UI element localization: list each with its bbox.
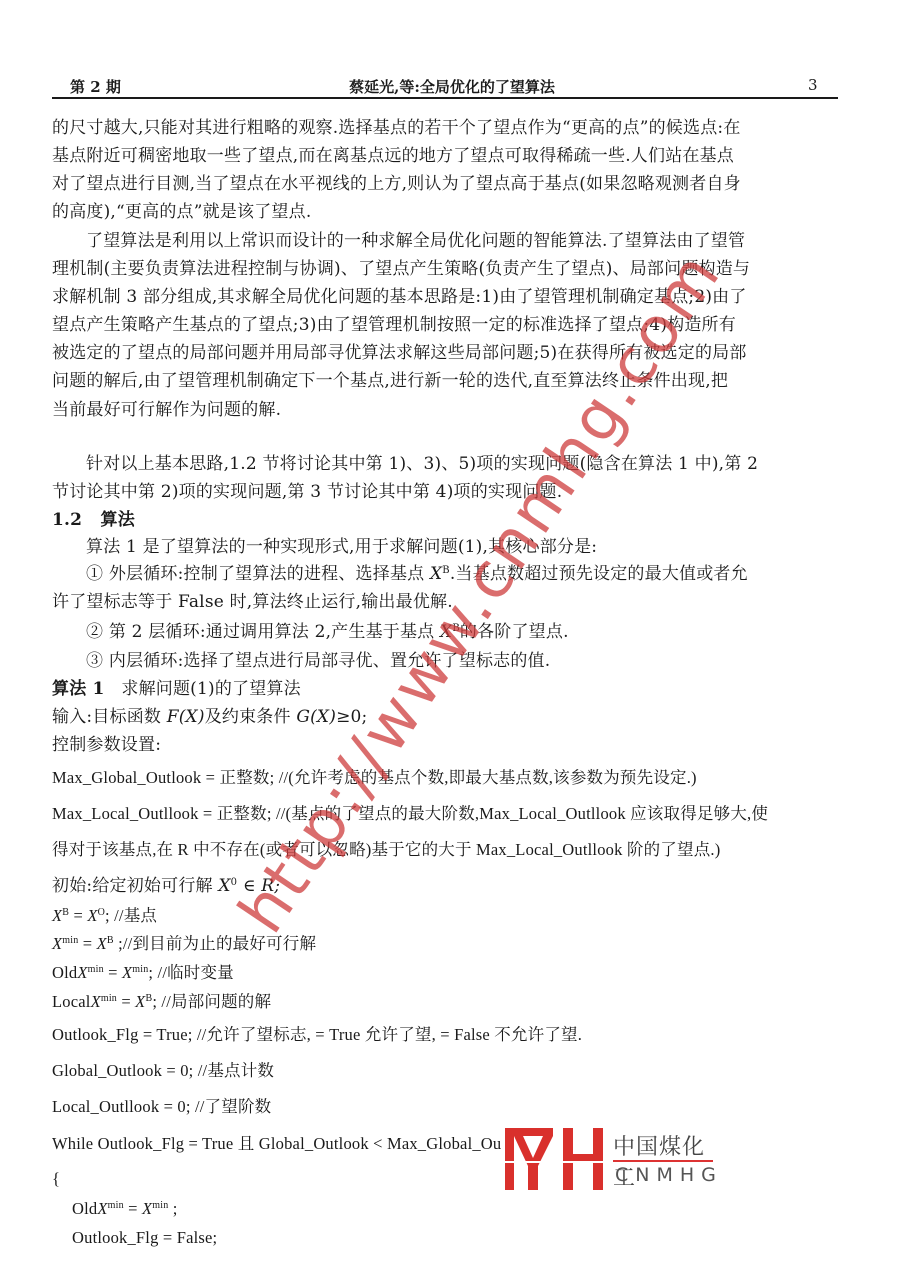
algorithm-input: 输入:目标函数 F(X)及约束条件 G(X)≥0; [52,706,367,728]
logo-mark-icon [505,1128,605,1190]
body-line: 理机制(主要负责算法进程控制与协调)、了望点产生策略(负责产生了望点)、局部问题… [52,258,750,280]
body-line: 当前最好可行解作为问题的解. [52,399,281,421]
code-line-local: Local_Outllook = 0; //了望阶数 [52,1096,271,1118]
body-line: 了望算法是利用以上常识而设计的一种求解全局优化问题的智能算法.了望算法由了望管 [86,230,745,252]
cnmhg-logo: 中国煤化工 CNMHG [505,1128,715,1190]
code-inner-old-xmin: OldXmin = Xmin ; [72,1198,178,1220]
code-line-local-xmin: LocalXmin = XB; //局部问题的解 [52,991,271,1013]
running-header-title: 蔡延光,等:全局优化的了望算法 [0,76,904,97]
code-line-flag: Outlook_Flg = True; //允许了望标志, = True 允许了… [52,1024,582,1046]
body-line: 的尺寸越大,只能对其进行粗略的观察.选择基点的若干个了望点作为“更高的点”的候选… [52,117,741,139]
params-label: 控制参数设置: [52,734,161,756]
code-line-xb: XB = XO; //基点 [52,905,157,927]
list-item-outer-loop: ① 外层循环:控制了望算法的进程、选择基点 XB.当基点数超过预先设定的最大值或… [86,563,748,585]
logo-divider [613,1160,713,1162]
code-line-old-xmin: OldXmin = Xmin; //临时变量 [52,962,234,984]
body-line: 的高度),“更高的点”就是该了望点. [52,201,311,223]
body-line: 对了望点进行目测,当了望点在水平视线的上方,则认为了望点高于基点(如果忽略观测者… [52,173,741,195]
body-line: 基点附近可稠密地取一些了望点,而在离基点远的地方了望点可取得稀疏一些.人们站在基… [52,145,734,167]
page-number: 3 [808,76,818,94]
code-open-brace: { [52,1168,60,1190]
code-line-while: While Outlook_Flg = True 且 Global_Outloo… [52,1133,501,1155]
section-heading: 1.2 算法 [52,509,135,531]
algorithm-title: 算法 1 求解问题(1)的了望算法 [52,678,301,700]
algorithm-label: 算法 1 [52,679,105,699]
header-rule [52,97,838,99]
logo-english-name: CNMHG [615,1164,723,1186]
param-max-local: Max_Local_Outllook = 正整数; //(基点的了望点的最大阶数… [52,803,768,825]
list-item-continuation: 许了望标志等于 False 时,算法终止运行,输出最优解. [52,591,453,613]
body-line: 节讨论其中第 2)项的实现问题,第 3 节讨论其中第 4)项的实现问题. [52,481,562,503]
section-title: 算法 [101,510,135,530]
section-number: 1.2 [52,510,82,530]
body-line: 针对以上基本思路,1.2 节将讨论其中第 1)、3)、5)项的实现问题(隐含在算… [86,453,758,475]
code-inner-flag: Outlook_Flg = False; [72,1227,217,1249]
code-line-global: Global_Outlook = 0; //基点计数 [52,1060,274,1082]
param-max-local-cont: 得对于该基点,在 R 中不存在(或者可以忽略)基于它的大于 Max_Local_… [52,839,720,861]
